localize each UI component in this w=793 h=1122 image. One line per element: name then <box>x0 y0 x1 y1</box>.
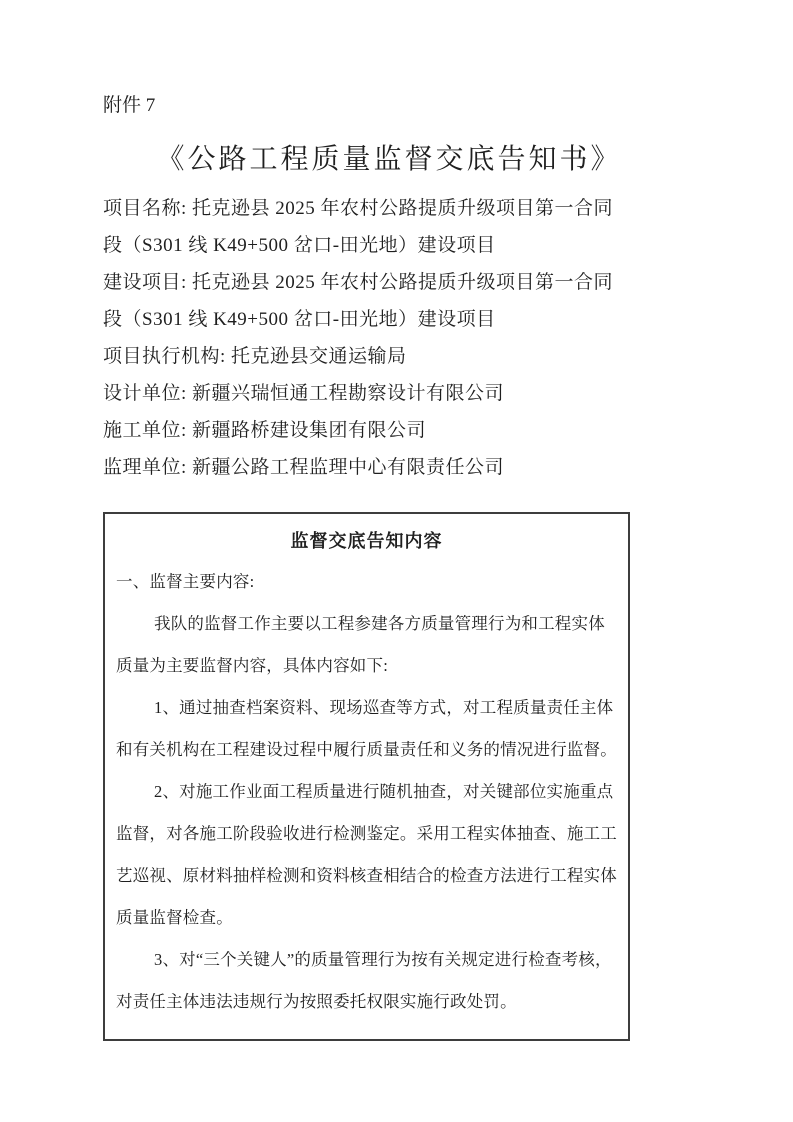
project-info-block: 项目名称: 托克逊县 2025 年农村公路提质升级项目第一合同段（S301 线 … <box>103 190 633 486</box>
info-line: 项目名称: 托克逊县 2025 年农村公路提质升级项目第一合同 <box>103 190 633 227</box>
notice-line: 和有关机构在工程建设过程中履行质量责任和义务的情况进行监督。 <box>116 729 617 771</box>
notice-line: 监督，对各施工阶段验收进行检测鉴定。采用工程实体抽查、施工工 <box>116 813 617 855</box>
notice-box-body: 一、监督主要内容:我队的监督工作主要以工程参建各方质量管理行为和工程实体质量为主… <box>116 561 617 1023</box>
info-line: 项目执行机构: 托克逊县交通运输局 <box>103 338 633 375</box>
notice-line: 质量监督检查。 <box>116 897 617 939</box>
info-line: 建设项目: 托克逊县 2025 年农村公路提质升级项目第一合同 <box>103 264 633 301</box>
notice-line: 一、监督主要内容: <box>116 561 617 603</box>
info-line: 监理单位: 新疆公路工程监理中心有限责任公司 <box>103 449 633 486</box>
attachment-label: 附件 7 <box>103 0 633 120</box>
info-line: 施工单位: 新疆路桥建设集团有限公司 <box>103 412 633 449</box>
info-line: 段（S301 线 K49+500 岔口-田光地）建设项目 <box>103 227 633 264</box>
info-line: 段（S301 线 K49+500 岔口-田光地）建设项目 <box>103 301 633 338</box>
notice-line: 3、对“三个关键人”的质量管理行为按有关规定进行检查考核， <box>116 939 617 981</box>
notice-line: 1、通过抽查档案资料、现场巡查等方式，对工程质量责任主体 <box>116 687 617 729</box>
info-line: 设计单位: 新疆兴瑞恒通工程勘察设计有限公司 <box>103 375 633 412</box>
document-content: 附件 7 《公路工程质量监督交底告知书》 项目名称: 托克逊县 2025 年农村… <box>103 0 633 1041</box>
document-page: 附件 7 《公路工程质量监督交底告知书》 项目名称: 托克逊县 2025 年农村… <box>0 0 793 1122</box>
document-title: 《公路工程质量监督交底告知书》 <box>103 140 633 180</box>
notice-line: 我队的监督工作主要以工程参建各方质量管理行为和工程实体 <box>116 603 617 645</box>
notice-line: 2、对施工作业面工程质量进行随机抽查，对关键部位实施重点 <box>116 771 617 813</box>
notice-box: 监督交底告知内容 一、监督主要内容:我队的监督工作主要以工程参建各方质量管理行为… <box>103 512 630 1041</box>
notice-box-heading: 监督交底告知内容 <box>116 527 617 555</box>
notice-line: 质量为主要监督内容，具体内容如下: <box>116 645 617 687</box>
notice-line: 对责任主体违法违规行为按照委托权限实施行政处罚。 <box>116 981 617 1023</box>
notice-line: 艺巡视、原材料抽样检测和资料核查相结合的检查方法进行工程实体 <box>116 855 617 897</box>
